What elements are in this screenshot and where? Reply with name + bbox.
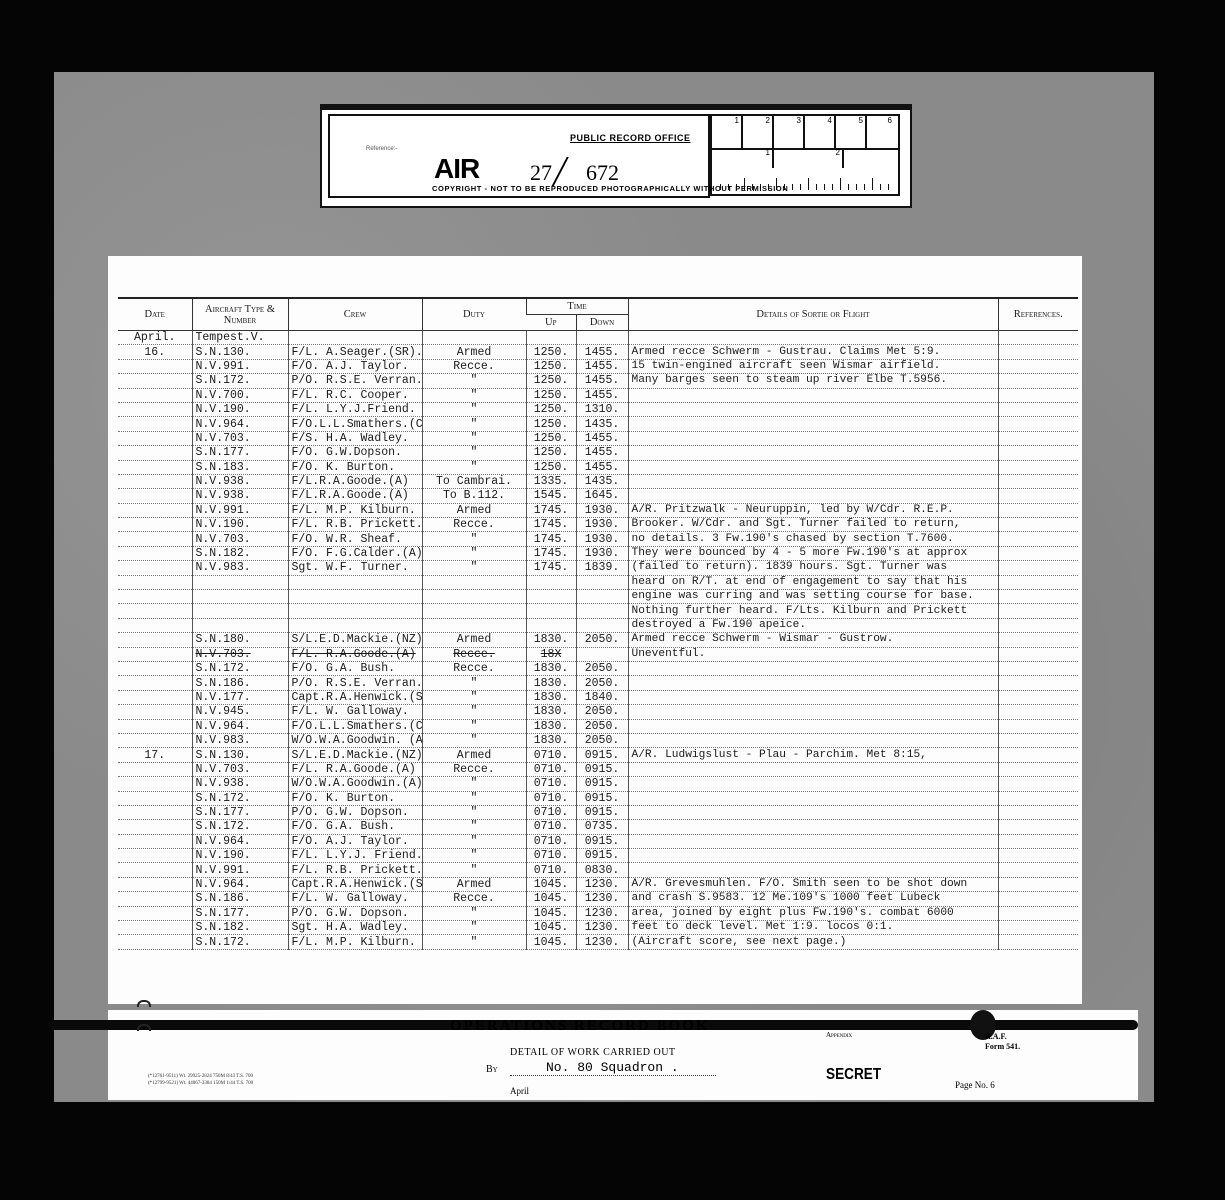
references-cell bbox=[998, 762, 1078, 776]
time-down-cell bbox=[576, 590, 628, 604]
aircraft-cell: N.V.938. bbox=[192, 474, 288, 488]
time-up-cell: 1045. bbox=[526, 906, 576, 920]
ruler-tick bbox=[800, 184, 801, 190]
date-cell bbox=[118, 805, 192, 819]
table-row: N.V.938.F/L.R.A.Goode.(A)To Cambrai.1335… bbox=[118, 474, 1078, 488]
time-down-cell: 1230. bbox=[576, 892, 628, 906]
date-cell bbox=[118, 705, 192, 719]
time-up-cell: 1830. bbox=[526, 719, 576, 733]
references-cell bbox=[998, 460, 1078, 474]
ruler-cm-1: 1 bbox=[712, 116, 743, 148]
table-row: N.V.983.Sgt. W.F. Turner."1745.1839.(fai… bbox=[118, 561, 1078, 575]
date-cell bbox=[118, 604, 192, 618]
aircraft-cell: N.V.177. bbox=[192, 690, 288, 704]
aircraft-cell: S.N.172. bbox=[192, 374, 288, 388]
time-up-cell: 1045. bbox=[526, 892, 576, 906]
time-up-cell: 1830. bbox=[526, 690, 576, 704]
ruler-cm-2: 2 bbox=[743, 116, 774, 148]
details-cell bbox=[628, 805, 998, 819]
crew-cell: F/O. G.A. Bush. bbox=[288, 820, 422, 834]
crew-cell: F/L. R.C. Cooper. bbox=[288, 388, 422, 402]
duty-cell: " bbox=[422, 820, 526, 834]
details-cell bbox=[628, 834, 998, 848]
time-down-cell bbox=[576, 575, 628, 589]
date-cell bbox=[118, 834, 192, 848]
aircraft-cell: N.V.938. bbox=[192, 489, 288, 503]
references-cell bbox=[998, 863, 1078, 877]
time-up-cell: 1045. bbox=[526, 935, 576, 949]
col-crew: Crew bbox=[288, 298, 422, 331]
pro-header: PUBLIC RECORD OFFICE bbox=[570, 133, 691, 143]
duty-cell: " bbox=[422, 532, 526, 546]
duty-cell: " bbox=[422, 733, 526, 747]
time-up-cell: 1250. bbox=[526, 446, 576, 460]
date-cell bbox=[118, 503, 192, 517]
time-up-cell: 0710. bbox=[526, 748, 576, 762]
details-cell bbox=[628, 791, 998, 805]
crew-cell: F/O. W.R. Sheaf. bbox=[288, 532, 422, 546]
crew-cell: F/L. L.Y.J.Friend. bbox=[288, 402, 422, 416]
details-cell bbox=[628, 733, 998, 747]
aircraft-cell: N.V.945. bbox=[192, 705, 288, 719]
ruler-tick bbox=[872, 178, 873, 190]
time-up-cell bbox=[526, 575, 576, 589]
time-down-cell: 1930. bbox=[576, 546, 628, 560]
col-aircraft: Aircraft Type & Number bbox=[192, 298, 288, 331]
references-cell bbox=[998, 647, 1078, 661]
references-cell bbox=[998, 359, 1078, 373]
aircraft-cell: S.N.172. bbox=[192, 661, 288, 675]
time-down-cell: 1435. bbox=[576, 417, 628, 431]
table-row: heard on R/T. at end of engagement to sa… bbox=[118, 575, 1078, 589]
details-cell: Nothing further heard. F/Lts. Kilburn an… bbox=[628, 604, 998, 618]
duty-cell: " bbox=[422, 719, 526, 733]
crew-cell: Sgt. H.A. Wadley. bbox=[288, 921, 422, 935]
time-up-cell: 1830. bbox=[526, 733, 576, 747]
references-cell bbox=[998, 417, 1078, 431]
duty-cell: Recce. bbox=[422, 518, 526, 532]
header-row: Date Aircraft Type & Number Crew Duty Ti… bbox=[118, 298, 1078, 315]
duty-cell: " bbox=[422, 705, 526, 719]
time-down-cell: 1930. bbox=[576, 503, 628, 517]
ruler-tick bbox=[824, 184, 825, 190]
details-cell bbox=[628, 777, 998, 791]
details-cell: Many barges seen to steam up river Elbe … bbox=[628, 374, 998, 388]
duty-cell: Recce. bbox=[422, 661, 526, 675]
time-down-cell: 1230. bbox=[576, 935, 628, 949]
date-cell bbox=[118, 561, 192, 575]
table-row: N.V.991.F/O. A.J. Taylor.Recce.1250.1455… bbox=[118, 359, 1078, 373]
time-down-cell: 0915. bbox=[576, 762, 628, 776]
table-row: N.V.964.F/O.L.L.Smathers.(C)"1830.2050. bbox=[118, 719, 1078, 733]
squadron-name: No. 80 Squadron . bbox=[510, 1060, 716, 1076]
table-row: S.N.172.F/O. G.A. Bush."0710.0735. bbox=[118, 820, 1078, 834]
aircraft-cell: N.V.703. bbox=[192, 532, 288, 546]
references-cell bbox=[998, 388, 1078, 402]
duty-cell: " bbox=[422, 546, 526, 560]
time-down-cell: 1230. bbox=[576, 906, 628, 920]
ruler-tick bbox=[880, 184, 881, 190]
details-cell: area, joined by eight plus Fw.190's. com… bbox=[628, 906, 998, 920]
time-up-cell: 18X bbox=[526, 647, 576, 661]
table-row: N.V.703.F/L. R.A.Goode.(A)Recce.18XUneve… bbox=[118, 647, 1078, 661]
crew-cell: F/L. R.B. Prickett. bbox=[288, 863, 422, 877]
details-cell: Armed recce Schwerm - Wismar - Gustrow. bbox=[628, 633, 998, 647]
time-down-cell bbox=[576, 331, 628, 345]
time-up-cell: 1250. bbox=[526, 417, 576, 431]
ruler-cm-6: 6 bbox=[867, 116, 894, 148]
table-row: engine was curring and was setting cours… bbox=[118, 590, 1078, 604]
crew-cell: F/L.R.A.Goode.(A) bbox=[288, 489, 422, 503]
col-time-down: Down bbox=[576, 315, 628, 331]
ruler-tick bbox=[792, 184, 793, 190]
details-cell bbox=[628, 460, 998, 474]
series-code: AIR bbox=[434, 153, 479, 185]
duty-cell: " bbox=[422, 374, 526, 388]
crew-cell: F/O. A.J. Taylor. bbox=[288, 834, 422, 848]
appendix-label: Appendix bbox=[826, 1031, 852, 1039]
aircraft-cell: S.N.130. bbox=[192, 345, 288, 359]
aircraft-cell: S.N.183. bbox=[192, 460, 288, 474]
time-down-cell: 1435. bbox=[576, 474, 628, 488]
aircraft-cell: N.V.991. bbox=[192, 863, 288, 877]
table-row: S.N.182.Sgt. H.A. Wadley."1045.1230.feet… bbox=[118, 921, 1078, 935]
sortie-rows: April.Tempest.V.16.S.N.130.F/L. A.Seager… bbox=[118, 331, 1078, 950]
reference-label: Reference:- bbox=[366, 146, 397, 152]
table-row: S.N.186.P/O. R.S.E. Verran."1830.2050. bbox=[118, 676, 1078, 690]
references-cell bbox=[998, 935, 1078, 949]
date-cell bbox=[118, 489, 192, 503]
duty-cell: " bbox=[422, 690, 526, 704]
details-cell bbox=[628, 417, 998, 431]
time-down-cell: 1930. bbox=[576, 518, 628, 532]
crew-cell: F/L. L.Y.J. Friend. bbox=[288, 849, 422, 863]
time-down-cell: 2050. bbox=[576, 719, 628, 733]
duty-cell: " bbox=[422, 777, 526, 791]
time-down-cell: 2050. bbox=[576, 705, 628, 719]
table-row: N.V.964.F/O. A.J. Taylor."0710.0915. bbox=[118, 834, 1078, 848]
references-cell bbox=[998, 575, 1078, 589]
col-duty: Duty bbox=[422, 298, 526, 331]
aircraft-cell: S.N.172. bbox=[192, 791, 288, 805]
crew-cell: Sgt. W.F. Turner. bbox=[288, 561, 422, 575]
ruler-tick bbox=[840, 178, 841, 190]
time-up-cell: 1545. bbox=[526, 489, 576, 503]
duty-cell: " bbox=[422, 791, 526, 805]
time-down-cell: 0915. bbox=[576, 777, 628, 791]
printer-codes: (*12761-9511) Wt. 29925-2824 750M 8/43 T… bbox=[148, 1073, 253, 1087]
date-cell bbox=[118, 474, 192, 488]
ruler-in-2: 2 bbox=[774, 148, 844, 168]
date-cell bbox=[118, 849, 192, 863]
references-cell bbox=[998, 719, 1078, 733]
time-down-cell: 0915. bbox=[576, 849, 628, 863]
details-cell: They were bounced by 4 - 5 more Fw.190's… bbox=[628, 546, 998, 560]
time-down-cell: 0915. bbox=[576, 834, 628, 848]
ruler-tick bbox=[816, 184, 817, 190]
aircraft-cell: N.V.938. bbox=[192, 777, 288, 791]
date-cell bbox=[118, 921, 192, 935]
crew-cell: S/L.E.D.Mackie.(NZ) bbox=[288, 633, 422, 647]
date-cell bbox=[118, 647, 192, 661]
aircraft-cell: N.V.991. bbox=[192, 359, 288, 373]
crew-cell: P/O. R.S.E. Verran. bbox=[288, 676, 422, 690]
duty-cell: Recce. bbox=[422, 359, 526, 373]
time-up-cell: 1745. bbox=[526, 503, 576, 517]
ruler-cm-3: 3 bbox=[774, 116, 805, 148]
references-cell bbox=[998, 777, 1078, 791]
date-cell bbox=[118, 546, 192, 560]
duty-cell: Armed bbox=[422, 877, 526, 891]
time-down-cell: 1455. bbox=[576, 388, 628, 402]
date-cell bbox=[118, 733, 192, 747]
details-cell bbox=[628, 446, 998, 460]
references-cell bbox=[998, 590, 1078, 604]
table-row: N.V.177.Capt.R.A.Henwick.(SA)"1830.1840. bbox=[118, 690, 1078, 704]
table-row: S.N.177.P/O. G.W. Dopson."0710.0915. bbox=[118, 805, 1078, 819]
crew-cell: F/L. M.P. Kilburn. bbox=[288, 503, 422, 517]
date-cell bbox=[118, 518, 192, 532]
ruler-tick bbox=[864, 184, 865, 190]
crew-cell: F/O.L.L.Smathers.(C) bbox=[288, 417, 422, 431]
col-time: Time bbox=[526, 298, 628, 315]
time-up-cell bbox=[526, 331, 576, 345]
time-up-cell: 1745. bbox=[526, 546, 576, 560]
time-up-cell: 0710. bbox=[526, 834, 576, 848]
time-down-cell: 0735. bbox=[576, 820, 628, 834]
table-row: N.V.964.F/O.L.L.Smathers.(C)"1250.1435. bbox=[118, 417, 1078, 431]
aircraft-cell: S.N.177. bbox=[192, 446, 288, 460]
table-row: S.N.177.F/O. G.W.Dopson."1250.1455. bbox=[118, 446, 1078, 460]
crew-cell: F/O. G.A. Bush. bbox=[288, 661, 422, 675]
table-row: Nothing further heard. F/Lts. Kilburn an… bbox=[118, 604, 1078, 618]
time-down-cell: 1230. bbox=[576, 921, 628, 935]
references-cell bbox=[998, 661, 1078, 675]
time-down-cell: 1930. bbox=[576, 532, 628, 546]
punch-hole bbox=[137, 1000, 151, 1007]
duty-cell: Armed bbox=[422, 503, 526, 517]
table-row: N.V.190.F/L. L.Y.J.Friend."1250.1310. bbox=[118, 402, 1078, 416]
crew-cell: F/L. M.P. Kilburn. bbox=[288, 935, 422, 949]
crew-cell: Capt.R.A.Henwick.(SA) bbox=[288, 690, 422, 704]
duty-cell: Recce. bbox=[422, 892, 526, 906]
time-up-cell: 1045. bbox=[526, 877, 576, 891]
aircraft-cell: S.N.172. bbox=[192, 935, 288, 949]
crew-cell: F/L. R.A.Goode.(A) bbox=[288, 762, 422, 776]
crew-cell bbox=[288, 331, 422, 345]
punch-hole bbox=[137, 1024, 151, 1031]
duty-cell bbox=[422, 331, 526, 345]
time-down-cell: 1455. bbox=[576, 345, 628, 359]
time-up-cell: 1830. bbox=[526, 633, 576, 647]
duty-cell: " bbox=[422, 834, 526, 848]
time-up-cell: 1250. bbox=[526, 388, 576, 402]
references-cell bbox=[998, 604, 1078, 618]
table-row: destroyed a Fw.190 apeice. bbox=[118, 618, 1078, 632]
crew-cell: Capt.R.A.Henwick.(SA) bbox=[288, 877, 422, 891]
references-cell bbox=[998, 374, 1078, 388]
date-cell bbox=[118, 676, 192, 690]
time-up-cell: 1250. bbox=[526, 345, 576, 359]
table-row: N.V.938.F/L.R.A.Goode.(A)To B.112.1545.1… bbox=[118, 489, 1078, 503]
duty-cell: Recce. bbox=[422, 647, 526, 661]
date-cell bbox=[118, 777, 192, 791]
references-cell bbox=[998, 791, 1078, 805]
aircraft-cell: S.N.177. bbox=[192, 906, 288, 920]
time-down-cell: 1455. bbox=[576, 446, 628, 460]
references-cell bbox=[998, 546, 1078, 560]
details-cell bbox=[628, 863, 998, 877]
table-row: N.V.700.F/L. R.C. Cooper."1250.1455. bbox=[118, 388, 1078, 402]
by-label: By bbox=[486, 1064, 498, 1075]
table-row: S.N.172.F/L. M.P. Kilburn."1045.1230.(Ai… bbox=[118, 935, 1078, 949]
time-up-cell: 0710. bbox=[526, 849, 576, 863]
crew-cell: S/L.E.D.Mackie.(NZ) bbox=[288, 748, 422, 762]
duty-cell: Recce. bbox=[422, 762, 526, 776]
references-cell bbox=[998, 906, 1078, 920]
date-cell bbox=[118, 388, 192, 402]
aircraft-cell: N.V.703. bbox=[192, 431, 288, 445]
date-cell bbox=[118, 820, 192, 834]
crew-cell: F/L. W. Galloway. bbox=[288, 705, 422, 719]
aircraft-cell bbox=[192, 575, 288, 589]
time-down-cell: 1455. bbox=[576, 359, 628, 373]
date-cell bbox=[118, 575, 192, 589]
time-down-cell: 1310. bbox=[576, 402, 628, 416]
date-cell bbox=[118, 661, 192, 675]
time-down-cell: 0915. bbox=[576, 805, 628, 819]
time-up-cell bbox=[526, 618, 576, 632]
details-cell: A/R. Ludwigslust - Plau - Parchim. Met 8… bbox=[628, 748, 998, 762]
references-cell bbox=[998, 633, 1078, 647]
crew-cell bbox=[288, 575, 422, 589]
page-label: Page No. bbox=[955, 1080, 988, 1090]
ruler-cm-5: 5 bbox=[836, 116, 867, 148]
duty-cell: " bbox=[422, 460, 526, 474]
table-row: N.V.983.W/O.W.A.Goodwin. (A)"1830.2050. bbox=[118, 733, 1078, 747]
time-up-cell bbox=[526, 590, 576, 604]
time-up-cell: 1745. bbox=[526, 561, 576, 575]
details-cell: engine was curring and was setting cours… bbox=[628, 590, 998, 604]
time-down-cell: 2050. bbox=[576, 633, 628, 647]
aircraft-cell bbox=[192, 604, 288, 618]
crew-cell: F/O. K. Burton. bbox=[288, 791, 422, 805]
time-down-cell: 0915. bbox=[576, 748, 628, 762]
time-up-cell bbox=[526, 604, 576, 618]
time-up-cell: 1745. bbox=[526, 532, 576, 546]
date-cell bbox=[118, 618, 192, 632]
aircraft-cell: S.N.130. bbox=[192, 748, 288, 762]
references-cell bbox=[998, 921, 1078, 935]
public-record-office-slip: Reference:- PUBLIC RECORD OFFICE AIR 27 … bbox=[320, 108, 912, 208]
aircraft-cell: N.V.703. bbox=[192, 762, 288, 776]
details-cell bbox=[628, 820, 998, 834]
details-cell: Uneventful. bbox=[628, 647, 998, 661]
table-row: April.Tempest.V. bbox=[118, 331, 1078, 345]
details-cell: (failed to return). 1839 hours. Sgt. Tur… bbox=[628, 561, 998, 575]
duty-cell bbox=[422, 618, 526, 632]
details-cell bbox=[628, 690, 998, 704]
references-cell bbox=[998, 676, 1078, 690]
details-cell bbox=[628, 388, 998, 402]
crew-cell: W/O.W.A.Goodwin.(A) bbox=[288, 777, 422, 791]
time-down-cell: 0915. bbox=[576, 791, 628, 805]
time-up-cell: 1745. bbox=[526, 518, 576, 532]
duty-cell bbox=[422, 604, 526, 618]
aircraft-cell: S.N.177. bbox=[192, 805, 288, 819]
aircraft-cell: N.V.964. bbox=[192, 417, 288, 431]
date-cell bbox=[118, 935, 192, 949]
date-cell bbox=[118, 719, 192, 733]
aircraft-cell: S.N.180. bbox=[192, 633, 288, 647]
time-down-cell bbox=[576, 604, 628, 618]
references-cell bbox=[998, 618, 1078, 632]
date-cell bbox=[118, 359, 192, 373]
time-up-cell: 1250. bbox=[526, 402, 576, 416]
references-cell bbox=[998, 518, 1078, 532]
duty-cell bbox=[422, 575, 526, 589]
details-cell bbox=[628, 431, 998, 445]
duty-cell: " bbox=[422, 863, 526, 877]
references-cell bbox=[998, 561, 1078, 575]
details-cell bbox=[628, 402, 998, 416]
details-cell: (Aircraft score, see next page.) bbox=[628, 935, 998, 949]
ruler-cm-4: 4 bbox=[805, 116, 836, 148]
aircraft-cell: N.V.190. bbox=[192, 402, 288, 416]
duty-cell: " bbox=[422, 388, 526, 402]
aircraft-cell: N.V.700. bbox=[192, 388, 288, 402]
aircraft-cell: Tempest.V. bbox=[192, 331, 288, 345]
aircraft-cell: S.N.182. bbox=[192, 546, 288, 560]
table-row: N.V.945.F/L. W. Galloway."1830.2050. bbox=[118, 705, 1078, 719]
crew-cell: F/L. A.Seager.(SR). bbox=[288, 345, 422, 359]
table-row: N.V.703.F/L. R.A.Goode.(A)Recce.0710.091… bbox=[118, 762, 1078, 776]
time-up-cell: 0710. bbox=[526, 863, 576, 877]
date-cell bbox=[118, 460, 192, 474]
ruler-tick bbox=[808, 178, 809, 190]
table-row: N.V.703.F/O. W.R. Sheaf."1745.1930.no de… bbox=[118, 532, 1078, 546]
date-cell: 16. bbox=[118, 345, 192, 359]
aircraft-cell bbox=[192, 618, 288, 632]
time-up-cell: 1830. bbox=[526, 661, 576, 675]
time-up-cell: 1830. bbox=[526, 676, 576, 690]
duty-cell: " bbox=[422, 431, 526, 445]
crew-cell: F/O.L.L.Smathers.(C) bbox=[288, 719, 422, 733]
details-cell: A/R. Grevesmuhlen. F/O. Smith seen to be… bbox=[628, 877, 998, 891]
date-cell bbox=[118, 532, 192, 546]
time-up-cell: 1250. bbox=[526, 460, 576, 474]
date-cell bbox=[118, 906, 192, 920]
details-cell: no details. 3 Fw.190's chased by section… bbox=[628, 532, 998, 546]
time-down-cell: 0830. bbox=[576, 863, 628, 877]
duty-cell: " bbox=[422, 676, 526, 690]
crew-cell: F/O. G.W.Dopson. bbox=[288, 446, 422, 460]
references-cell bbox=[998, 892, 1078, 906]
date-cell bbox=[118, 633, 192, 647]
aircraft-cell bbox=[192, 590, 288, 604]
aircraft-cell: N.V.964. bbox=[192, 877, 288, 891]
crew-cell bbox=[288, 618, 422, 632]
crew-cell: F/L.R.A.Goode.(A) bbox=[288, 474, 422, 488]
references-cell bbox=[998, 877, 1078, 891]
details-cell: 15 twin-engined aircraft seen Wismar air… bbox=[628, 359, 998, 373]
details-cell bbox=[628, 474, 998, 488]
table-row: 17.S.N.130.S/L.E.D.Mackie.(NZ)Armed0710.… bbox=[118, 748, 1078, 762]
references-cell bbox=[998, 733, 1078, 747]
time-down-cell bbox=[576, 647, 628, 661]
time-up-cell: 1250. bbox=[526, 374, 576, 388]
classification-stamp: SECRET bbox=[826, 1066, 881, 1084]
